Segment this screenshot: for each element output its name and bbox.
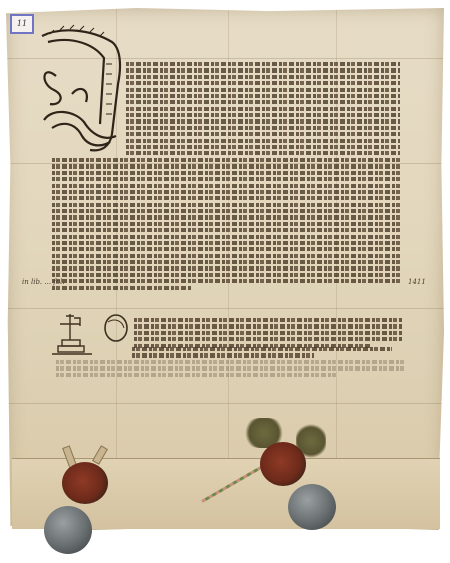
main-text-upper — [126, 62, 400, 158]
calligraphic-initial-icon — [32, 24, 128, 154]
notarial-sign-icon — [52, 312, 92, 356]
fold-line — [6, 308, 444, 309]
seal-left-metal — [44, 506, 92, 554]
seal-left-wax — [62, 462, 108, 504]
main-text-lower — [52, 158, 400, 298]
seal-right-metal — [288, 484, 336, 530]
initial-o-icon — [102, 312, 130, 344]
margin-note-right: 1411 — [408, 278, 426, 286]
faint-text — [56, 360, 406, 390]
seal-right-wax — [260, 442, 306, 486]
fold-line — [6, 403, 444, 404]
archive-label: 11 — [10, 14, 34, 34]
margin-note-left: in lib. ... fol. — [22, 278, 65, 286]
